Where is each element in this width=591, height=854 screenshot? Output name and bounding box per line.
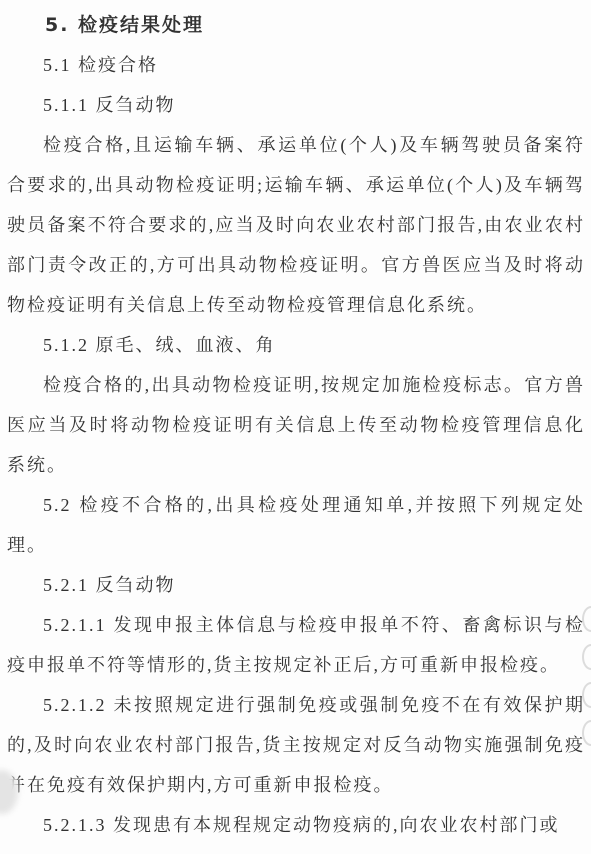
paragraph: 检疫合格的,出具动物检疫证明,按规定加施检疫标志。官方兽医应当及时将动物检疫证明… bbox=[7, 365, 585, 485]
section-title: 5. 检疫结果处理 bbox=[7, 5, 585, 45]
section-heading: 5.1 检疫合格 bbox=[7, 45, 585, 85]
section-heading: 5.1.2 原毛、绒、血液、角 bbox=[7, 325, 585, 365]
paragraph: 5.2.1.3 发现患有本规程规定动物疫病的,向农业农村部门或 bbox=[7, 805, 585, 845]
paragraph: 5.2.1.1 发现申报主体信息与检疫申报单不符、畜禽标识与检疫申报单不符等情形… bbox=[7, 605, 585, 685]
paragraph: 检疫合格,且运输车辆、承运单位(个人)及车辆驾驶员备案符合要求的,出具动物检疫证… bbox=[7, 125, 585, 325]
section-heading: 5.2.1 反刍动物 bbox=[7, 565, 585, 605]
paragraph: 5.2 检疫不合格的,出具检疫处理通知单,并按照下列规定处理。 bbox=[7, 485, 585, 565]
section-heading: 5.1.1 反刍动物 bbox=[7, 85, 585, 125]
binding-marks-artifact bbox=[586, 606, 591, 756]
document-page: 5. 检疫结果处理 5.1 检疫合格5.1.1 反刍动物检疫合格,且运输车辆、承… bbox=[0, 0, 591, 854]
paragraph: 5.2.1.2 未按照规定进行强制免疫或强制免疫不在有效保护期的,及时向农业农村… bbox=[7, 685, 585, 805]
document-blocks: 5.1 检疫合格5.1.1 反刍动物检疫合格,且运输车辆、承运单位(个人)及车辆… bbox=[7, 45, 585, 845]
